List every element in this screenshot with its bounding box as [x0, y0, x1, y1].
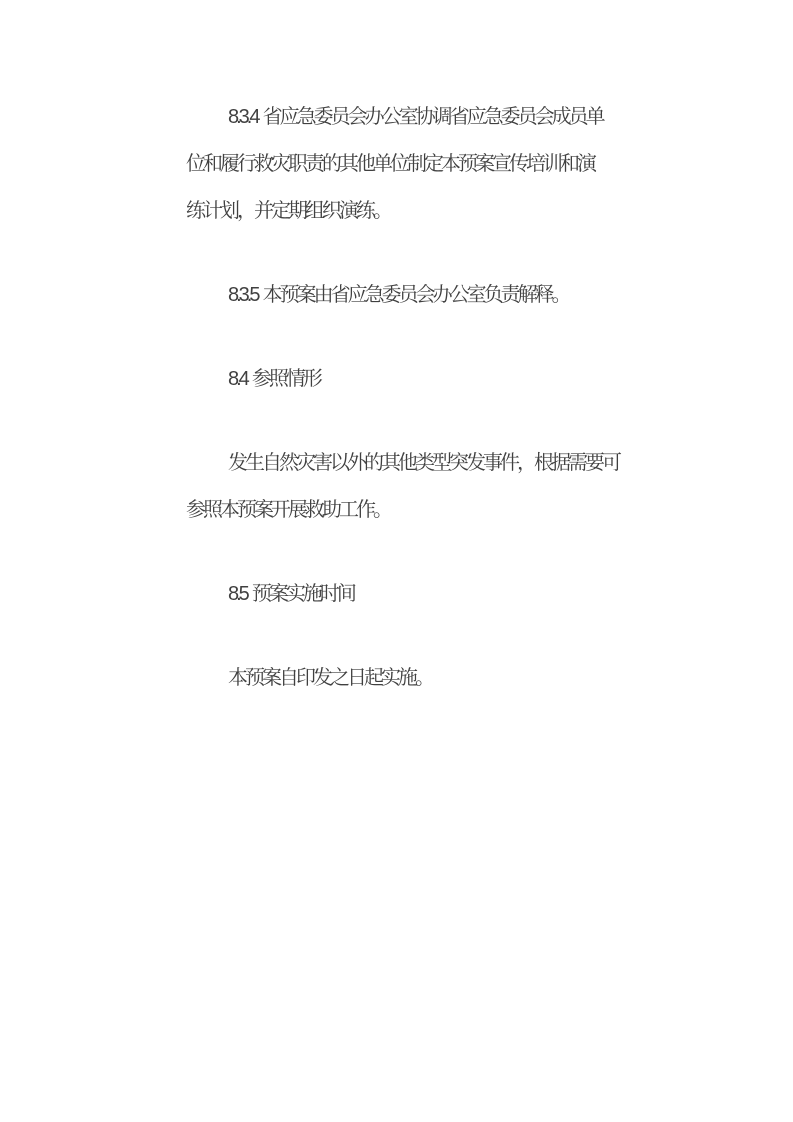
paragraph-body-5: 本预案自印发之日起实施。	[186, 655, 613, 702]
paragraph-8.5: 8.5 预案实施时间	[186, 571, 613, 618]
paragraph-8.3.5: 8.3.5 本预案由省应急委员会办公室负责解释。	[186, 272, 613, 319]
text-line: 练计划，并定期组织演练。	[186, 188, 613, 235]
text-line: 发生自然灾害以外的其他类型突发事件，根据需要可	[186, 440, 613, 487]
text-line: 本预案自印发之日起实施。	[186, 655, 613, 702]
text-line: 8.3.4 省应急委员会办公室协调省应急委员会成员单	[186, 94, 613, 141]
text-line: 位和履行救灾职责的其他单位制定本预案宣传培训和演	[186, 141, 613, 188]
paragraph-body-3: 发生自然灾害以外的其他类型突发事件，根据需要可参照本预案开展救助工作。	[186, 440, 613, 534]
paragraph-8.3.4: 8.3.4 省应急委员会办公室协调省应急委员会成员单位和履行救灾职责的其他单位制…	[186, 94, 613, 235]
paragraph-8.4: 8.4 参照情形	[186, 356, 613, 403]
text-line: 8.5 预案实施时间	[186, 571, 613, 618]
document-page: 8.3.4 省应急委员会办公室协调省应急委员会成员单位和履行救灾职责的其他单位制…	[0, 0, 793, 1122]
text-line: 参照本预案开展救助工作。	[186, 487, 613, 534]
text-line: 8.3.5 本预案由省应急委员会办公室负责解释。	[186, 272, 613, 319]
text-line: 8.4 参照情形	[186, 356, 613, 403]
